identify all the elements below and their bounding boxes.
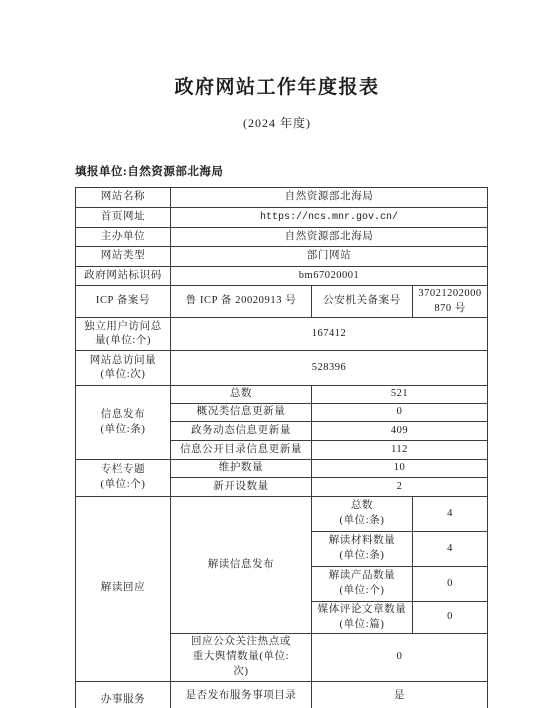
page-title: 政府网站工作年度报表 xyxy=(0,72,554,99)
row-interpretation-total: 解读回应 解读信息发布 总数 (单位:条) 4 xyxy=(76,497,488,532)
icp-value: 鲁 ICP 备 20020913 号 xyxy=(171,286,312,318)
topics-new-value: 2 xyxy=(312,478,488,497)
interpretation-publish-label: 解读信息发布 xyxy=(171,497,312,634)
info-publish-section-label: 信息发布 (单位:条) xyxy=(76,386,171,460)
row-home-url: 首页网址 https://ncs.mnr.gov.cn/ xyxy=(76,208,488,228)
interpretation-media-label: 媒体评论文章数量 (单位:篇) xyxy=(312,602,413,634)
interpretation-total-label: 总数 (单位:条) xyxy=(312,497,413,532)
total-visits-label: 网站总访问量 (单位:次) xyxy=(76,351,171,386)
police-record-value: 37021202000 870 号 xyxy=(413,286,488,318)
services-section-label: 办事服务 xyxy=(76,681,171,708)
topics-maintained-label: 维护数量 xyxy=(171,460,312,478)
site-type-value: 部门网站 xyxy=(171,247,488,267)
row-site-type: 网站类型 部门网站 xyxy=(76,247,488,267)
site-code-label: 政府网站标识码 xyxy=(76,267,171,286)
info-publish-overview-value: 0 xyxy=(312,404,488,422)
services-directory-label: 是否发布服务事项目录 xyxy=(171,681,312,708)
interpretation-materials-label: 解读材料数量 (单位:条) xyxy=(312,532,413,567)
interpretation-section-label: 解读回应 xyxy=(76,497,171,681)
info-publish-overview-label: 概况类信息更新量 xyxy=(171,404,312,422)
icp-label: ICP 备案号 xyxy=(76,286,171,318)
topics-new-label: 新开设数量 xyxy=(171,478,312,497)
interpretation-products-label: 解读产品数量 (单位:个) xyxy=(312,567,413,602)
row-unique-visitors: 独立用户访问总 量(单位:个) 167412 xyxy=(76,318,488,351)
sponsor-value: 自然资源部北海局 xyxy=(171,228,488,247)
interpretation-total-value: 4 xyxy=(413,497,488,532)
police-record-label: 公安机关备案号 xyxy=(312,286,413,318)
site-name-value: 自然资源部北海局 xyxy=(171,188,488,208)
home-url-value: https://ncs.mnr.gov.cn/ xyxy=(171,208,488,228)
page-subtitle: (2024 年度) xyxy=(0,114,554,131)
info-publish-directory-label: 信息公开目录信息更新量 xyxy=(171,441,312,460)
row-icp: ICP 备案号 鲁 ICP 备 20020913 号 公安机关备案号 37021… xyxy=(76,286,488,318)
report-page: 政府网站工作年度报表 (2024 年度) 填报单位:自然资源部北海局 网站名称 … xyxy=(0,0,554,708)
reporting-unit-line: 填报单位:自然资源部北海局 xyxy=(75,163,223,179)
unique-visitors-value: 167412 xyxy=(171,318,488,351)
home-url-label: 首页网址 xyxy=(76,208,171,228)
row-topics-maintained: 专栏专题 (单位:个) 维护数量 10 xyxy=(76,460,488,478)
row-site-name: 网站名称 自然资源部北海局 xyxy=(76,188,488,208)
info-publish-total-label: 总数 xyxy=(171,386,312,404)
site-code-value: bm67020001 xyxy=(171,267,488,286)
total-visits-value: 528396 xyxy=(171,351,488,386)
services-directory-value: 是 xyxy=(312,681,488,708)
info-publish-news-label: 政务动态信息更新量 xyxy=(171,422,312,441)
row-info-publish-total: 信息发布 (单位:条) 总数 521 xyxy=(76,386,488,404)
info-publish-total-value: 521 xyxy=(312,386,488,404)
interpretation-media-value: 0 xyxy=(413,602,488,634)
public-response-label: 回应公众关注热点或 重大舆情数量(单位: 次) xyxy=(171,634,312,681)
site-name-label: 网站名称 xyxy=(76,188,171,208)
row-total-visits: 网站总访问量 (单位:次) 528396 xyxy=(76,351,488,386)
row-services: 办事服务 是否发布服务事项目录 是 xyxy=(76,681,488,708)
row-sponsor: 主办单位 自然资源部北海局 xyxy=(76,228,488,247)
topics-section-label: 专栏专题 (单位:个) xyxy=(76,460,171,497)
sponsor-label: 主办单位 xyxy=(76,228,171,247)
public-response-value: 0 xyxy=(312,634,488,681)
row-site-code: 政府网站标识码 bm67020001 xyxy=(76,267,488,286)
info-publish-directory-value: 112 xyxy=(312,441,488,460)
topics-maintained-value: 10 xyxy=(312,460,488,478)
info-publish-news-value: 409 xyxy=(312,422,488,441)
interpretation-products-value: 0 xyxy=(413,567,488,602)
annual-report-table: 网站名称 自然资源部北海局 首页网址 https://ncs.mnr.gov.c… xyxy=(75,187,488,708)
interpretation-materials-value: 4 xyxy=(413,532,488,567)
unique-visitors-label: 独立用户访问总 量(单位:个) xyxy=(76,318,171,351)
site-type-label: 网站类型 xyxy=(76,247,171,267)
